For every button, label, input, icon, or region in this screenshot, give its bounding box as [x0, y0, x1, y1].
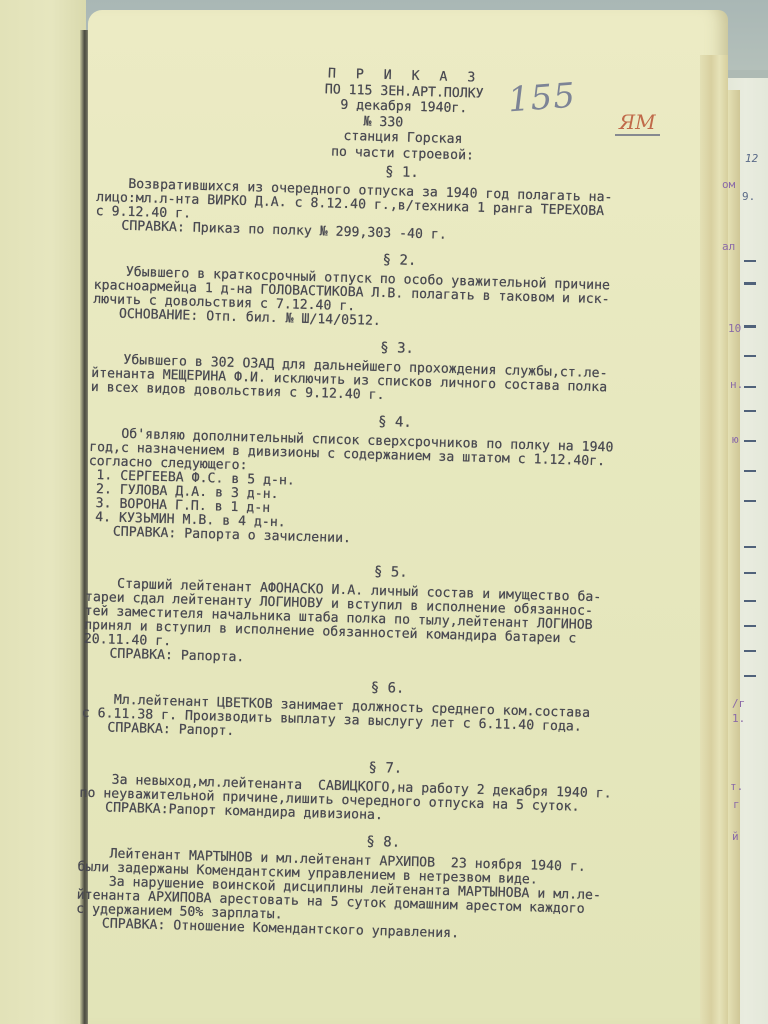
margin-fragment: /г — [732, 697, 745, 710]
margin-fragment: 9. — [742, 190, 755, 203]
margin-fragment: н. — [730, 378, 743, 391]
margin-fragment: г — [733, 798, 740, 811]
margin-fragment: ал — [722, 240, 735, 253]
margin-fragment: 1. — [732, 712, 745, 725]
margin-fragment: ю — [732, 433, 739, 446]
margin-fragment: й — [732, 830, 739, 843]
page-stack-edge-2 — [728, 90, 740, 1024]
left-page — [0, 0, 86, 1024]
margin-fragment: 12 — [745, 152, 758, 165]
typed-order: П Р И К А З ПО 115 ЗЕН.АРТ.ПОЛКУ 9 декаб… — [75, 60, 709, 956]
margin-fragment: т. — [730, 780, 743, 793]
margin-fragment: ом — [722, 178, 735, 191]
margin-fragment: 10 — [728, 322, 741, 335]
paragraph-list: § 1. Возвратившихся из очередного отпуск… — [75, 157, 707, 956]
